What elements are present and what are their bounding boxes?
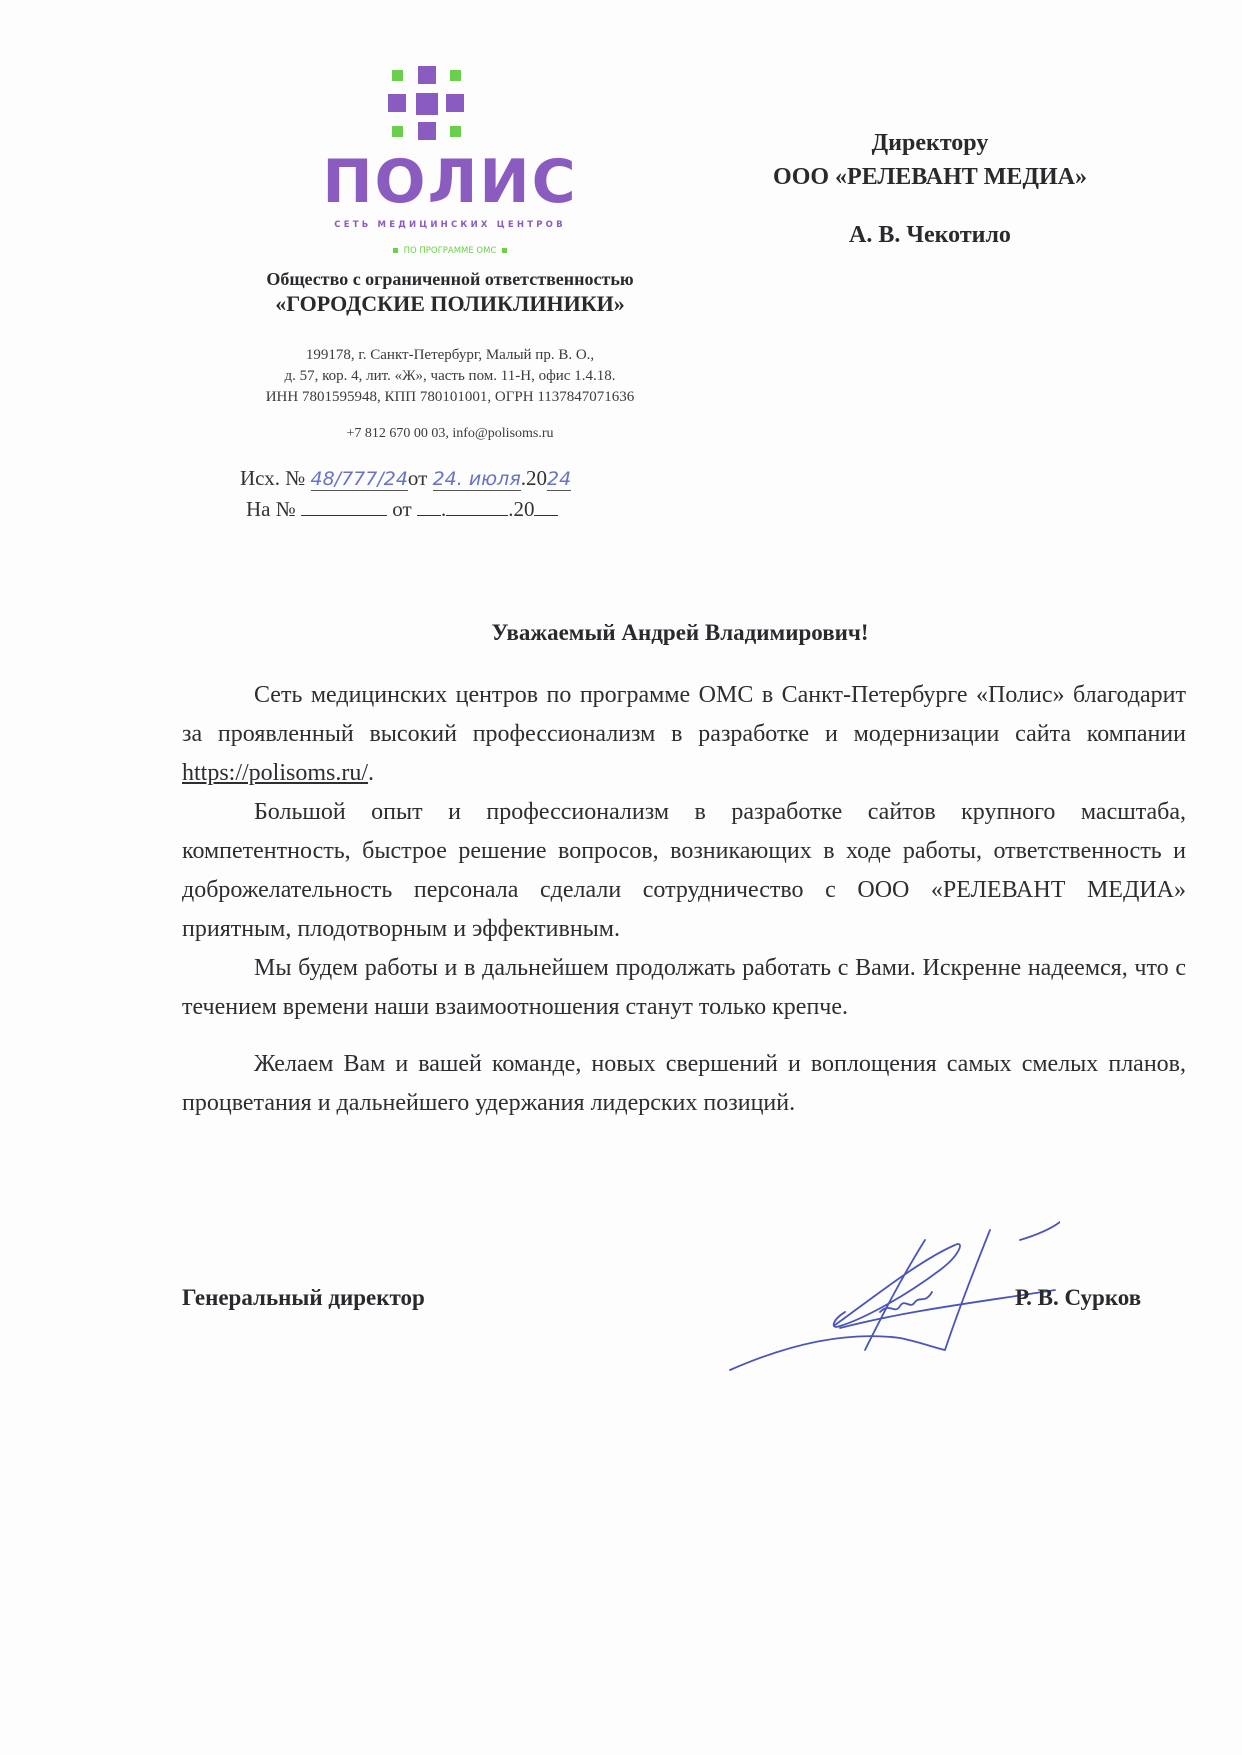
year-prefix: .20: [521, 466, 547, 490]
logo-square: [446, 94, 464, 112]
logo-square: [388, 94, 406, 112]
bullet-icon: [393, 248, 398, 253]
greeting: Уважаемый Андрей Владимирович!: [180, 620, 1180, 646]
outgoing-label: Исх. №: [240, 466, 305, 490]
sender-header: Общество с ограниченной ответственностью…: [160, 268, 740, 318]
address-line: д. 57, кор. 4, лит. «Ж», часть пом. 11-Н…: [160, 366, 740, 387]
logo-square: [416, 93, 438, 115]
signatory-position: Генеральный директор: [182, 1285, 425, 1311]
paragraph-end: .: [368, 760, 374, 786]
recipient-block: Директору ООО «РЕЛЕВАНТ МЕДИА» А. В. Чек…: [720, 126, 1140, 252]
logo-brand-name: ПОЛИС: [300, 152, 600, 212]
sender-org-name: «ГОРОДСКИЕ ПОЛИКЛИНИКИ»: [160, 290, 740, 318]
incoming-label: На №: [246, 497, 296, 521]
signatory-name: Р. В. Сурков: [1015, 1285, 1141, 1311]
incoming-number-blank: [301, 497, 387, 516]
outgoing-reference: Исх. № 48/777/24от 24. июля.2024: [240, 463, 571, 494]
logo-mark: [388, 66, 468, 146]
incoming-from-label: от: [392, 497, 411, 521]
paragraph: Большой опыт и профессионализм в разрабо…: [182, 793, 1186, 949]
logo-tagline: ПО ПРОГРАММЕ ОМС: [300, 246, 600, 256]
recipient-name: А. В. Чекотило: [720, 218, 1140, 252]
logo-square: [392, 126, 403, 137]
sender-org-type: Общество с ограниченной ответственностью: [160, 268, 740, 290]
website-link[interactable]: https://polisoms.ru/: [182, 760, 368, 786]
recipient-company: ООО «РЕЛЕВАНТ МЕДИА»: [720, 160, 1140, 194]
paragraph: Мы будем работы и в дальнейшем продолжат…: [182, 949, 1186, 1027]
letter-body: Сеть медицинских центров по программе ОМ…: [182, 676, 1186, 1123]
outgoing-date: 24. июля: [433, 468, 521, 491]
address-line: 199178, г. Санкт-Петербург, Малый пр. В.…: [160, 345, 740, 366]
logo-tagline-text: ПО ПРОГРАММЕ ОМС: [404, 246, 497, 256]
incoming-day-blank: [417, 497, 441, 516]
outgoing-year: 24: [547, 468, 571, 491]
from-label: от: [408, 466, 427, 490]
outgoing-number: 48/777/24: [311, 468, 408, 491]
reference-block: Исх. № 48/777/24от 24. июля.2024 На № от…: [240, 463, 571, 524]
logo-square: [392, 70, 403, 81]
logo-subtitle: СЕТЬ МЕДИЦИНСКИХ ЦЕНТРОВ: [300, 220, 600, 230]
logo-square: [418, 122, 436, 140]
incoming-month-blank: [446, 497, 508, 516]
bullet-icon: [502, 248, 507, 253]
recipient-title: Директору: [720, 126, 1140, 160]
sender-address: 199178, г. Санкт-Петербург, Малый пр. В.…: [160, 345, 740, 408]
paragraph: Сеть медицинских центров по программе ОМ…: [182, 676, 1186, 793]
incoming-year-prefix: .20: [508, 497, 534, 521]
paragraph: Желаем Вам и вашей команде, новых сверше…: [182, 1045, 1186, 1123]
incoming-year-blank: [534, 497, 558, 516]
sender-contacts: +7 812 670 00 03, info@polisoms.ru: [160, 426, 740, 442]
signature-icon: [720, 1220, 1060, 1380]
paragraph-text: Сеть медицинских центров по программе ОМ…: [182, 682, 1186, 747]
logo-square: [450, 126, 461, 137]
incoming-reference: На № от ..20: [240, 494, 571, 524]
registration-numbers: ИНН 7801595948, КПП 780101001, ОГРН 1137…: [160, 387, 740, 408]
logo-square: [418, 66, 436, 84]
logo-square: [450, 70, 461, 81]
